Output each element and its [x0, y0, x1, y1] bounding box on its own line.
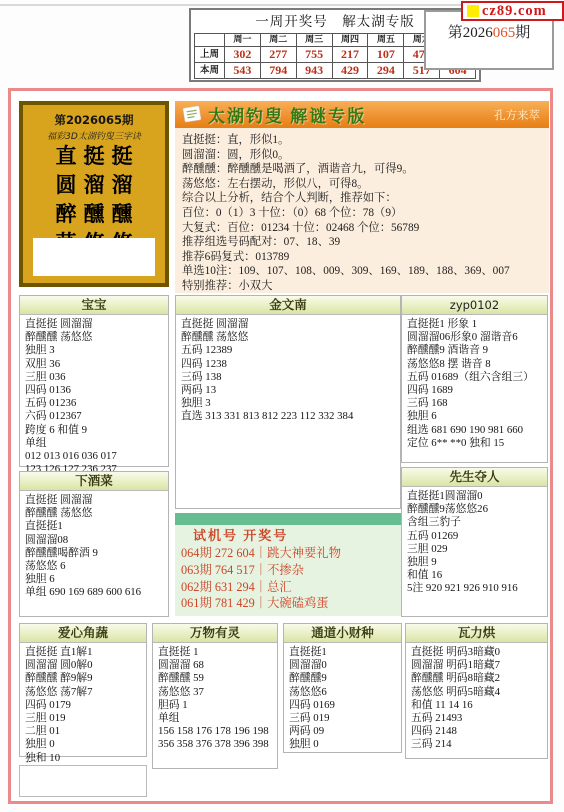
- box-wanwu-body: 直挺挺 1圆溜溜 68醉醺醺 59荡悠悠 37胆码 1单组156 158 176…: [153, 643, 277, 755]
- prediction-line: 四码 0136: [25, 384, 163, 397]
- test-number-row: 062期 631 294｜总汇: [181, 579, 395, 596]
- golden-box-issue: 第2026065期: [23, 112, 165, 128]
- week-day-label: 周一: [225, 34, 261, 47]
- week-day-label: 周二: [261, 34, 297, 47]
- prediction-line: 胆码 1: [158, 699, 272, 712]
- prediction-line: 独胆 9: [407, 556, 542, 569]
- prediction-line: 单组: [25, 437, 163, 450]
- prediction-line: 荡悠悠 37: [158, 686, 272, 699]
- prediction-line: 独胆 0: [289, 738, 396, 751]
- prediction-line: 012 013 016 036 017: [25, 450, 163, 463]
- box-tongdao-body: 直挺挺1圆溜溜0醉醺醺9荡悠悠6四码 0169三码 019两码 09独胆 0: [284, 643, 401, 755]
- prediction-line: 和值 16: [407, 569, 542, 582]
- prediction-line: 圆溜溜0: [289, 659, 396, 672]
- prediction-line: 醉醺醺9荡悠悠26: [407, 503, 542, 516]
- prediction-line: 荡悠悠 6: [25, 560, 163, 573]
- logo-square-icon: [467, 5, 479, 17]
- prediction-line: 荡悠悠8 摆 谐音 8: [407, 358, 542, 371]
- box-jinwennan-body: 直挺挺 圆溜溜醉醺醺 荡悠悠五码 12389四码 1238三码 138两码 13…: [176, 315, 400, 427]
- box-zyp0102-body: 直挺挺1 形象 1圆溜溜06形象0 溜谐音6醉醺醺9 酒谐音 9荡悠悠8 摆 谐…: [402, 315, 547, 453]
- prediction-line: 356 358 376 378 396 398: [158, 738, 272, 751]
- analysis-line: 单选10注：109、107、108、009、309、169、189、188、36…: [182, 264, 542, 279]
- prediction-line: 醉醺醺 明码8暗藏2: [411, 672, 542, 685]
- week-day-label: 周四: [333, 34, 369, 47]
- box-zyp0102: zyp0102 直挺挺1 形象 1圆溜溜06形象0 溜谐音6醉醺醺9 酒谐音 9…: [401, 295, 548, 463]
- prediction-line: 圆溜溜06形象0 溜谐音6: [407, 331, 542, 344]
- analysis-line: 推荐6码复式：013789: [182, 250, 542, 265]
- prediction-line: 定位 6** **0 独和 15: [407, 437, 542, 450]
- prediction-line: 三码 168: [407, 397, 542, 410]
- prediction-line: 醉醺醺9: [289, 672, 396, 685]
- analysis-line: 特别推荐：小双大: [182, 279, 542, 294]
- prediction-line: 二胆 01: [25, 725, 141, 738]
- prediction-line: 156 158 176 178 196 198: [158, 725, 272, 738]
- prediction-line: 五码 01236: [25, 397, 163, 410]
- prediction-line: 三胆 036: [25, 371, 163, 384]
- verse-line: 圆溜溜: [23, 171, 165, 200]
- analysis-line: 圆溜溜：圆，形似0。: [182, 148, 542, 163]
- prediction-line: 独胆 6: [25, 573, 163, 586]
- box-xiansheng-title: 先生夺人: [402, 468, 547, 487]
- test-number-header: 试机号 开奖号: [181, 527, 395, 545]
- prediction-line: 四码 2148: [411, 725, 542, 738]
- main-title-bar: 太湖钓叟 解谜专版 孔方来萃: [175, 101, 549, 128]
- draw-number: 107: [368, 47, 404, 63]
- prediction-line: 三码 214: [411, 738, 542, 751]
- prediction-line: 直挺挺 直1解1: [25, 646, 141, 659]
- prediction-line: 醉醺醺 荡悠悠: [25, 507, 163, 520]
- draw-number: 943: [297, 63, 333, 79]
- prediction-line: 直挺挺1: [289, 646, 396, 659]
- bottom-left-blank-box: [19, 765, 147, 797]
- prediction-line: 直挺挺 圆溜溜: [181, 318, 395, 331]
- prediction-line: 直挺挺1: [25, 520, 163, 533]
- prediction-line: 直挺挺1 形象 1: [407, 318, 542, 331]
- analysis-line: 大复式：百位：01234 十位：02468 个位：56789: [182, 221, 542, 236]
- box-baobao-title: 宝宝: [20, 296, 168, 315]
- test-number-green-bar: [175, 513, 401, 525]
- prediction-line: 跨度 6 和值 9: [25, 424, 163, 437]
- analysis-line: 综合以上分析，结合个人判断，推荐如下：: [182, 191, 542, 206]
- main-title-byline: 孔方来萃: [494, 107, 540, 123]
- prediction-line: 六码 012367: [25, 410, 163, 423]
- week-table-corner-cell: [195, 34, 225, 47]
- prediction-line: 两码 13: [181, 384, 395, 397]
- prediction-line: 独胆 3: [181, 397, 395, 410]
- box-xiansheng: 先生夺人 直挺挺1圆溜溜0醉醺醺9荡悠悠26含组三豹子五码 01269三胆 02…: [401, 467, 548, 617]
- prediction-line: 荡悠悠 荡7解7: [25, 686, 141, 699]
- test-number-row: 061期 781 429｜大碗磕鸡蛋: [181, 595, 395, 612]
- prediction-line: 圆溜溜 圆0解0: [25, 659, 141, 672]
- box-wanwu-title: 万物有灵: [153, 624, 277, 643]
- draw-number: 543: [225, 63, 261, 79]
- box-wanwu: 万物有灵 直挺挺 1圆溜溜 68醉醺醺 59荡悠悠 37胆码 1单组156 15…: [152, 623, 278, 769]
- box-aixin-body: 直挺挺 直1解1圆溜溜 圆0解0醉醺醺 醉9解9荡悠悠 荡7解7四码 0179三…: [20, 643, 146, 768]
- box-xiajiucai-title: 下酒菜: [20, 472, 168, 491]
- test-number-rows: 064期 272 604｜跳大神要礼物063期 764 517｜不掺杂062期 …: [181, 545, 395, 612]
- prediction-line: 荡悠悠6: [289, 686, 396, 699]
- box-xiajiucai-body: 直挺挺 圆溜溜醉醺醺 荡悠悠直挺挺1圆溜溜08醉醺醺喝醉酒 9荡悠悠 6独胆 6…: [20, 491, 168, 603]
- issue-highlight: 065: [493, 25, 516, 41]
- prediction-line: 双胆 36: [25, 358, 163, 371]
- prediction-line: 三胆 019: [25, 712, 141, 725]
- test-number-row: 064期 272 604｜跳大神要礼物: [181, 545, 395, 562]
- week-day-label: 周五: [368, 34, 404, 47]
- analysis-line: 百位：0（1）3 十位：（0）68 个位：78（9）: [182, 206, 542, 221]
- prediction-line: 含组三豹子: [407, 516, 542, 529]
- prediction-line: 三胆 029: [407, 543, 542, 556]
- prediction-line: 和值 11 14 16: [411, 699, 542, 712]
- prediction-line: 醉醺醺9 酒谐音 9: [407, 344, 542, 357]
- prediction-line: 三码 019: [289, 712, 396, 725]
- draw-number: 429: [333, 63, 369, 79]
- box-xiajiucai: 下酒菜 直挺挺 圆溜溜醉醺醺 荡悠悠直挺挺1圆溜溜08醉醺醺喝醉酒 9荡悠悠 6…: [19, 471, 169, 617]
- prediction-line: 五码 01689（组六含组三）: [407, 371, 542, 384]
- prediction-line: 圆溜溜08: [25, 534, 163, 547]
- golden-box-blank-area: [33, 238, 155, 276]
- prediction-line: 醉醺醺 荡悠悠: [25, 331, 163, 344]
- prediction-line: 三码 138: [181, 371, 395, 384]
- verse-line: 醉醺醺: [23, 200, 165, 229]
- draw-number: 294: [368, 63, 404, 79]
- prediction-line: 四码 0179: [25, 699, 141, 712]
- prediction-line: 直挺挺 圆溜溜: [25, 318, 163, 331]
- draw-number: 302: [225, 47, 261, 63]
- prediction-line: 四码 0169: [289, 699, 396, 712]
- prediction-line: 直挺挺 明码3暗藏0: [411, 646, 542, 659]
- prediction-line: 醉醺醺 醉9解9: [25, 672, 141, 685]
- verse-line: 直挺挺: [23, 142, 165, 171]
- analysis-line: 荡悠悠：左右摆动，形似八，可得8。: [182, 177, 542, 192]
- box-wali: 瓦力烘 直挺挺 明码3暗藏0圆溜溜 明码1暗藏7醉醺醺 明码8暗藏2荡悠悠 明码…: [405, 623, 548, 759]
- prediction-line: 荡悠悠 明码5暗藏4: [411, 686, 542, 699]
- box-baobao-body: 直挺挺 圆溜溜醉醺醺 荡悠悠独胆 3双胆 36三胆 036四码 0136五码 0…: [20, 315, 168, 479]
- prediction-line: 醉醺醺 59: [158, 672, 272, 685]
- main-title: 太湖钓叟 解谜专版: [208, 102, 366, 127]
- box-jinwennan: 金文南 直挺挺 圆溜溜醉醺醺 荡悠悠五码 12389四码 1238三码 138两…: [175, 295, 401, 509]
- prediction-line: 圆溜溜 明码1暗藏7: [411, 659, 542, 672]
- issue-prefix: 第2026: [448, 25, 493, 41]
- prediction-line: 五码 12389: [181, 344, 395, 357]
- analysis-panel: 直挺挺：直，形似1。圆溜溜：圆，形似0。醉醺醺：醉醺醺是喝酒了，酒谐音九，可得9…: [175, 128, 549, 293]
- analysis-line: 醉醺醺：醉醺醺是喝酒了，酒谐音九，可得9。: [182, 162, 542, 177]
- prediction-line: 5注 920 921 926 910 916: [407, 582, 542, 595]
- page: 一周开奖号 解太湖专版 周一周二周三周四周五周六周日 上周 3022777552…: [0, 0, 564, 812]
- prediction-line: 单组 690 169 689 600 616: [25, 586, 163, 599]
- row-label-thisweek: 本周: [195, 63, 225, 79]
- prediction-line: 独和 10: [25, 752, 141, 765]
- box-xiansheng-body: 直挺挺1圆溜溜0醉醺醺9荡悠悠26含组三豹子五码 01269三胆 029独胆 9…: [402, 487, 547, 599]
- test-number-section: 试机号 开奖号 064期 272 604｜跳大神要礼物063期 764 517｜…: [175, 513, 401, 616]
- prediction-line: 直选 313 331 813 812 223 112 332 384: [181, 410, 395, 423]
- row-label-lastweek: 上周: [195, 47, 225, 63]
- prediction-line: 直挺挺 1: [158, 646, 272, 659]
- issue-suffix: 期: [515, 25, 530, 41]
- prediction-line: 醉醺醺喝醉酒 9: [25, 547, 163, 560]
- analysis-line: 推荐组选号码配对：07、18、39: [182, 235, 542, 250]
- box-wali-body: 直挺挺 明码3暗藏0圆溜溜 明码1暗藏7醉醺醺 明码8暗藏2荡悠悠 明码5暗藏4…: [406, 643, 547, 755]
- draw-number: 217: [333, 47, 369, 63]
- prediction-line: 圆溜溜 68: [158, 659, 272, 672]
- test-number-row: 063期 764 517｜不掺杂: [181, 562, 395, 579]
- box-tongdao: 通道小财种 直挺挺1圆溜溜0醉醺醺9荡悠悠6四码 0169三码 019两码 09…: [283, 623, 402, 753]
- main-content-frame: 第2026065期 福彩3D太湖钓叟三字诀 直挺挺圆溜溜醉醺醺荡悠悠 太湖钓叟 …: [8, 88, 553, 804]
- golden-box-subtitle: 福彩3D太湖钓叟三字诀: [23, 129, 165, 142]
- prediction-line: 醉醺醺 荡悠悠: [181, 331, 395, 344]
- draw-number: 277: [261, 47, 297, 63]
- prediction-line: 独胆 6: [407, 410, 542, 423]
- prediction-line: 独胆 0: [25, 738, 141, 751]
- draw-number: 755: [297, 47, 333, 63]
- prediction-line: 独胆 3: [25, 344, 163, 357]
- site-logo[interactable]: cz89.com: [461, 1, 564, 21]
- prediction-line: 单组: [158, 712, 272, 725]
- box-wali-title: 瓦力烘: [406, 624, 547, 643]
- golden-verse-box: 第2026065期 福彩3D太湖钓叟三字诀 直挺挺圆溜溜醉醺醺荡悠悠: [19, 101, 169, 287]
- prediction-line: 直挺挺 圆溜溜: [25, 494, 163, 507]
- test-number-body: 试机号 开奖号 064期 272 604｜跳大神要礼物063期 764 517｜…: [175, 525, 401, 616]
- note-paper-icon: [181, 105, 203, 124]
- logo-text: cz89.com: [482, 3, 547, 20]
- box-jinwennan-title: 金文南: [176, 296, 400, 315]
- prediction-line: 四码 1689: [407, 384, 542, 397]
- prediction-line: 五码 01269: [407, 530, 542, 543]
- prediction-line: 直挺挺1圆溜溜0: [407, 490, 542, 503]
- prediction-line: 四码 1238: [181, 358, 395, 371]
- prediction-line: 两码 09: [289, 725, 396, 738]
- draw-number: 794: [261, 63, 297, 79]
- prediction-line: 五码 21493: [411, 712, 542, 725]
- prediction-line: 组选 681 690 190 981 660: [407, 424, 542, 437]
- box-tongdao-title: 通道小财种: [284, 624, 401, 643]
- week-day-label: 周三: [297, 34, 333, 47]
- box-baobao: 宝宝 直挺挺 圆溜溜醉醺醺 荡悠悠独胆 3双胆 36三胆 036四码 0136五…: [19, 295, 169, 467]
- box-zyp0102-title: zyp0102: [402, 296, 547, 315]
- box-aixin: 爱心角蔬 直挺挺 直1解1圆溜溜 圆0解0醉醺醺 醉9解9荡悠悠 荡7解7四码 …: [19, 623, 147, 757]
- box-aixin-title: 爱心角蔬: [20, 624, 146, 643]
- analysis-line: 直挺挺：直，形似1。: [182, 133, 542, 148]
